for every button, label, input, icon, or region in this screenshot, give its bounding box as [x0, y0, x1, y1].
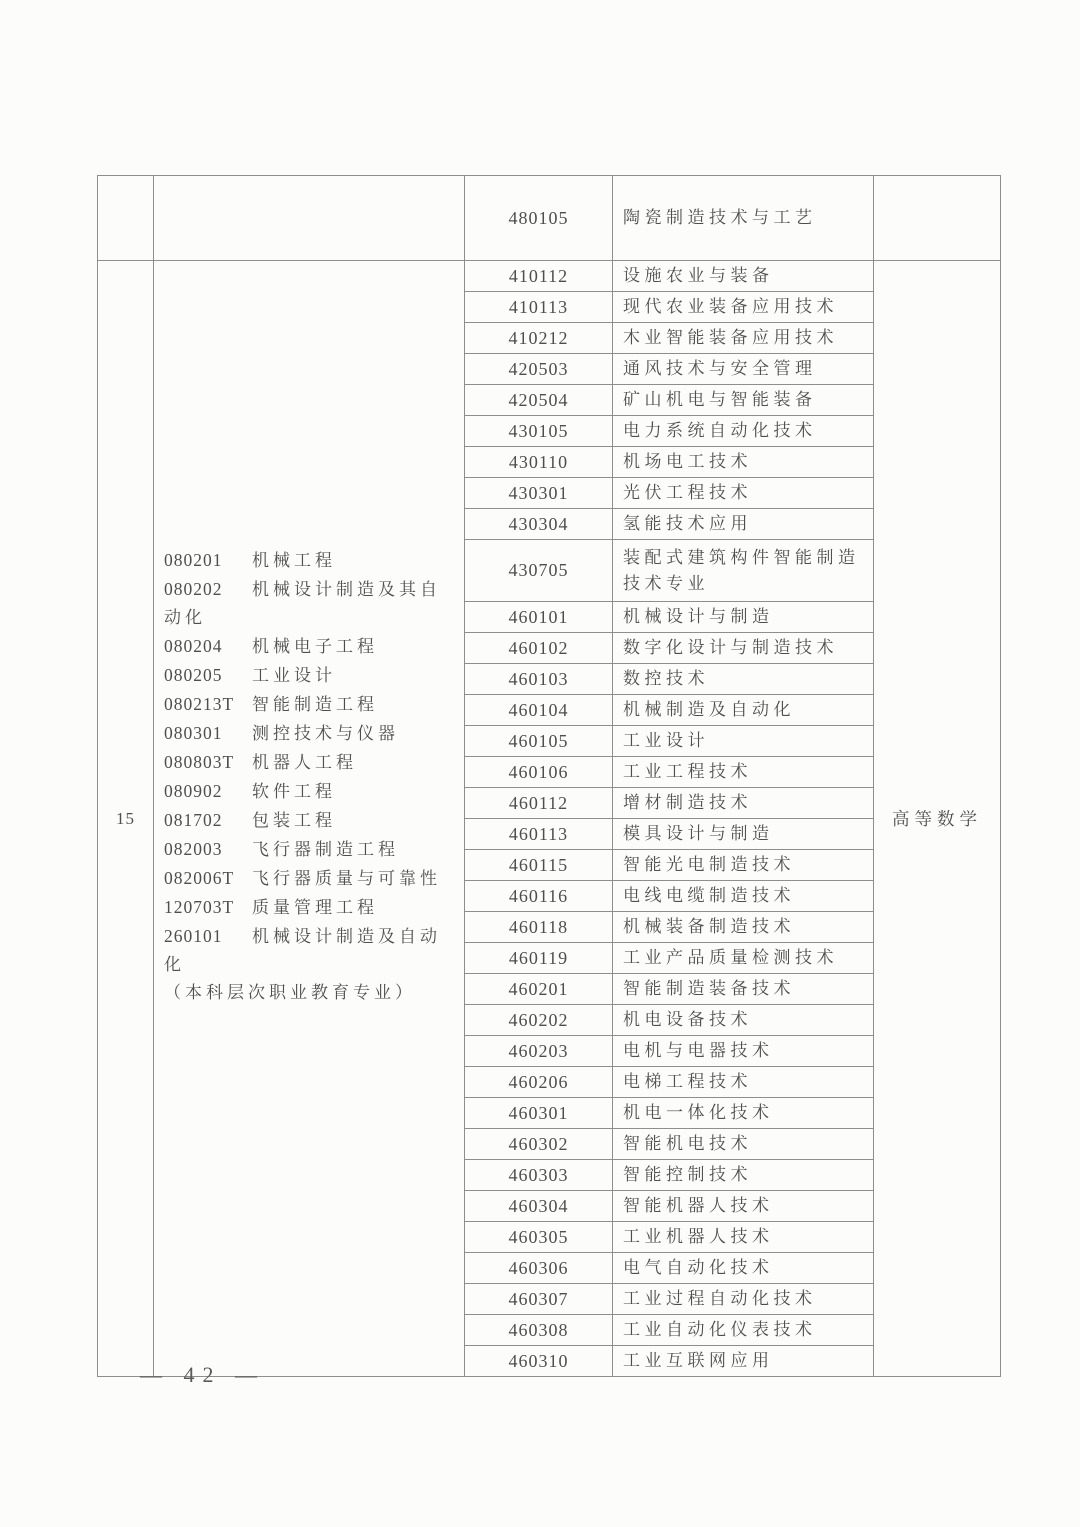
- undergrad-major-code: 082003: [164, 835, 252, 863]
- vocational-major-name: 光伏工程技术: [613, 478, 874, 509]
- vocational-major-code: 460113: [465, 819, 613, 850]
- vocational-major-name: 装配式建筑构件智能制造技术专业: [613, 540, 874, 602]
- undergrad-major-code: 080902: [164, 777, 252, 805]
- vocational-major-code: 460201: [465, 974, 613, 1005]
- vocational-major-name: 工业互联网应用: [613, 1346, 874, 1377]
- undergrad-major-name: 机器人工程: [252, 753, 357, 772]
- vocational-major-name: 机电一体化技术: [613, 1098, 874, 1129]
- vocational-major-name: 通风技术与安全管理: [613, 354, 874, 385]
- vocational-major-name: 工业产品质量检测技术: [613, 943, 874, 974]
- vocational-major-code: 460103: [465, 664, 613, 695]
- vocational-major-code: 460310: [465, 1346, 613, 1377]
- vocational-major-name: 模具设计与制造: [613, 819, 874, 850]
- undergrad-major-code: 120703T: [164, 893, 252, 921]
- vocational-major-name: 工业机器人技术: [613, 1222, 874, 1253]
- vocational-major-name: 电线电缆制造技术: [613, 881, 874, 912]
- undergrad-major-name: 包装工程: [252, 811, 336, 830]
- undergrad-major-entry: 080201机械工程: [164, 546, 457, 575]
- undergrad-note: （本科层次职业教育专业）: [164, 979, 464, 1007]
- vocational-major-code: 460303: [465, 1160, 613, 1191]
- vocational-major-code: 460116: [465, 881, 613, 912]
- undergrad-major-name: 机械电子工程: [252, 637, 378, 656]
- vocational-major-code: 410112: [465, 261, 613, 292]
- vocational-major-code: 460106: [465, 757, 613, 788]
- undergrad-major-code: 080202: [164, 575, 252, 603]
- vocational-major-code: 460101: [465, 602, 613, 633]
- vocational-major-code: 460305: [465, 1222, 613, 1253]
- majors-table: 480105 陶瓷制造技术与工艺 15 080201机械工程080202机械设计…: [97, 175, 1001, 1377]
- vocational-major-name: 电机与电器技术: [613, 1036, 874, 1067]
- undergrad-major-entry: 080803T机器人工程: [164, 748, 457, 777]
- carryover-row: 480105 陶瓷制造技术与工艺: [98, 176, 1001, 261]
- vocational-major-code: 430105: [465, 416, 613, 447]
- vocational-major-code: 460306: [465, 1253, 613, 1284]
- majors-table-body: 480105 陶瓷制造技术与工艺 15 080201机械工程080202机械设计…: [98, 176, 1001, 1377]
- carryover-undergrad-cell: [154, 176, 465, 261]
- vocational-major-code: 460302: [465, 1129, 613, 1160]
- undergrad-major-code: 080803T: [164, 748, 252, 776]
- undergrad-major-entry: 082006T飞行器质量与可靠性: [164, 864, 457, 893]
- vocational-major-code: 460203: [465, 1036, 613, 1067]
- undergrad-major-entry: 080204机械电子工程: [164, 632, 457, 661]
- vocational-major-code: 460308: [465, 1315, 613, 1346]
- vocational-major-name: 工业自动化仪表技术: [613, 1315, 874, 1346]
- carryover-rowno-cell: [98, 176, 154, 261]
- vocational-major-name: 机电设备技术: [613, 1005, 874, 1036]
- vocational-major-code: 460112: [465, 788, 613, 819]
- vocational-major-name: 氢能技术应用: [613, 509, 874, 540]
- vocational-major-name: 电气自动化技术: [613, 1253, 874, 1284]
- undergrad-major-entry: 082003飞行器制造工程: [164, 835, 457, 864]
- vocational-major-code: 430301: [465, 478, 613, 509]
- undergrad-major-name: 智能制造工程: [252, 695, 378, 714]
- exam-subject-cell: 高等数学: [874, 261, 1001, 1377]
- vocational-major-code: 420503: [465, 354, 613, 385]
- vocational-major-name: 智能控制技术: [613, 1160, 874, 1191]
- undergrad-major-name: 机械工程: [252, 551, 336, 570]
- vocational-major-code: 460119: [465, 943, 613, 974]
- undergrad-major-code: 082006T: [164, 864, 252, 892]
- vocational-major-code: 460105: [465, 726, 613, 757]
- vocational-major-name: 智能制造装备技术: [613, 974, 874, 1005]
- undergrad-major-list: 080201机械工程080202机械设计制造及其自动化080204机械电子工程0…: [164, 546, 464, 979]
- vocational-major-code: 410113: [465, 292, 613, 323]
- undergrad-major-entry: 120703T质量管理工程: [164, 893, 457, 922]
- vocational-major-name: 工业工程技术: [613, 757, 874, 788]
- document-page: 480105 陶瓷制造技术与工艺 15 080201机械工程080202机械设计…: [0, 0, 1080, 1527]
- vocational-major-code: 460202: [465, 1005, 613, 1036]
- vocational-major-name: 工业设计: [613, 726, 874, 757]
- vocational-major-name: 机械设计与制造: [613, 602, 874, 633]
- vocational-major-name: 电梯工程技术: [613, 1067, 874, 1098]
- vocational-major-code: 460304: [465, 1191, 613, 1222]
- vocational-major-name: 智能光电制造技术: [613, 850, 874, 881]
- page-number: — 42 —: [140, 1362, 265, 1388]
- group-row-number: 15: [98, 261, 154, 1377]
- undergrad-major-entry: 080301测控技术与仪器: [164, 719, 457, 748]
- undergrad-major-code: 080213T: [164, 690, 252, 718]
- vocational-major-name: 数控技术: [613, 664, 874, 695]
- undergrad-major-code: 260101: [164, 922, 252, 950]
- undergrad-major-name: 软件工程: [252, 782, 336, 801]
- vocational-major-code: 430110: [465, 447, 613, 478]
- undergrad-major-entry: 080902软件工程: [164, 777, 457, 806]
- vocational-major-code: 460115: [465, 850, 613, 881]
- vocational-major-name: 智能机器人技术: [613, 1191, 874, 1222]
- vocational-major-name: 设施农业与装备: [613, 261, 874, 292]
- vocational-major-name: 矿山机电与智能装备: [613, 385, 874, 416]
- undergrad-majors-cell: 080201机械工程080202机械设计制造及其自动化080204机械电子工程0…: [154, 261, 465, 1377]
- vocational-major-name: 木业智能装备应用技术: [613, 323, 874, 354]
- vocational-major-name: 陶瓷制造技术与工艺: [613, 176, 874, 261]
- vocational-major-code: 460104: [465, 695, 613, 726]
- undergrad-major-code: 080205: [164, 661, 252, 689]
- undergrad-major-name: 工业设计: [252, 666, 336, 685]
- undergrad-major-name: 质量管理工程: [252, 898, 378, 917]
- group-15-first-row: 15 080201机械工程080202机械设计制造及其自动化080204机械电子…: [98, 261, 1001, 292]
- vocational-major-code: 480105: [465, 176, 613, 261]
- vocational-major-name: 工业过程自动化技术: [613, 1284, 874, 1315]
- undergrad-major-code: 080201: [164, 546, 252, 574]
- undergrad-major-entry: 080205工业设计: [164, 661, 457, 690]
- undergrad-major-name: 飞行器质量与可靠性: [252, 869, 441, 888]
- vocational-major-name: 机械制造及自动化: [613, 695, 874, 726]
- undergrad-major-code: 080301: [164, 719, 252, 747]
- undergrad-major-name: 测控技术与仪器: [252, 724, 399, 743]
- vocational-major-code: 410212: [465, 323, 613, 354]
- vocational-major-code: 460102: [465, 633, 613, 664]
- vocational-major-code: 430705: [465, 540, 613, 602]
- undergrad-major-entry: 080202机械设计制造及其自动化: [164, 575, 457, 632]
- vocational-major-name: 机械装备制造技术: [613, 912, 874, 943]
- vocational-major-name: 机场电工技术: [613, 447, 874, 478]
- vocational-major-name: 增材制造技术: [613, 788, 874, 819]
- vocational-major-name: 现代农业装备应用技术: [613, 292, 874, 323]
- vocational-major-name: 电力系统自动化技术: [613, 416, 874, 447]
- vocational-major-code: 460118: [465, 912, 613, 943]
- undergrad-major-name: 飞行器制造工程: [252, 840, 399, 859]
- undergrad-major-entry: 080213T智能制造工程: [164, 690, 457, 719]
- vocational-major-name: 智能机电技术: [613, 1129, 874, 1160]
- vocational-major-code: 460206: [465, 1067, 613, 1098]
- undergrad-major-code: 080204: [164, 632, 252, 660]
- vocational-major-name: 数字化设计与制造技术: [613, 633, 874, 664]
- undergrad-major-entry: 260101机械设计制造及自动化: [164, 922, 457, 979]
- undergrad-major-entry: 081702包装工程: [164, 806, 457, 835]
- vocational-major-code: 430304: [465, 509, 613, 540]
- vocational-major-code: 420504: [465, 385, 613, 416]
- vocational-major-code: 460307: [465, 1284, 613, 1315]
- vocational-major-code: 460301: [465, 1098, 613, 1129]
- carryover-subject-cell: [874, 176, 1001, 261]
- undergrad-major-code: 081702: [164, 806, 252, 834]
